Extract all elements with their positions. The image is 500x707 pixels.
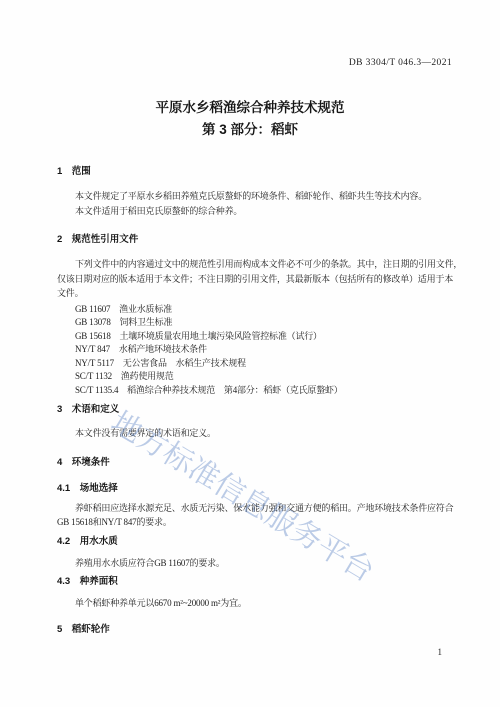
section-1-heading: 1 范围 [57,165,457,179]
s1-para-2: 本文件适用于稻田克氏原螯虾的综合种养。 [57,204,457,219]
s1-para-1: 本文件规定了平原水乡稻田养殖克氏原螯虾的环境条件、稻虾轮作、稻虾共生等技术内容。 [57,189,457,204]
s2-intro-line-2: 仅该日期对应的版本适用于本文件；不注日期的引用文件，其最新版本（包括所有的修改单… [57,272,457,287]
section-3-heading: 3 术语和定义 [57,403,457,417]
s2-reference-7: SC/T 1135.4 稻渔综合种养技术规范 第4部分：稻虾（克氏原螯虾） [57,384,457,398]
doc-body: 1 范围 本文件规定了平原水乡稻田养殖克氏原螯虾的环境条件、稻虾轮作、稻虾共生等… [57,165,457,637]
doc-title-line2: 第 3 部分：稻虾 [0,119,500,141]
section-4-3-heading: 4.3 种养面积 [57,575,457,589]
s2-reference-6: SC/T 1132 渔药使用规范 [57,370,457,384]
s4-3-para-1: 单个稻虾种养单元以6670 m²~20000 m²为宜。 [57,596,457,611]
s2-intro-line-3: 文件。 [57,286,457,301]
section-4-2-heading: 4.2 用水水质 [57,535,457,549]
s2-reference-1: GB 11607 渔业水质标准 [57,303,457,317]
page-number: 1 [438,646,443,658]
section-2-heading: 2 规范性引用文件 [57,233,457,247]
section-4-1-heading: 4.1 场地选择 [57,482,457,496]
s2-reference-2: GB 13078 饲料卫生标准 [57,316,457,330]
standard-document-page: DB 3304/T 046.3—2021 平原水乡稻渔综合种养技术规范 第 3 … [0,0,500,707]
s4-1-line-2: GB 15618和NY/T 847的要求。 [57,515,457,530]
s4-1-line-1: 养虾稻田应选择水源充足、水质无污染、保水能力强和交通方便的稻田。产地环境技术条件… [57,501,457,516]
doc-title: 平原水乡稻渔综合种养技术规范 第 3 部分：稻虾 [0,97,500,141]
s2-reference-3: GB 15618 土壤环境质量农用地土壤污染风险管控标准（试行） [57,330,457,344]
section-4-heading: 4 环境条件 [57,456,457,470]
s4-2-para-1: 养殖用水水质应符合GB 11607的要求。 [57,556,457,571]
doc-code: DB 3304/T 046.3—2021 [349,57,452,69]
s2-intro-line-1: 下列文件中的内容通过文中的规范性引用而构成本文件必不可少的条款。其中，注日期的引… [57,257,457,272]
s2-reference-4: NY/T 847 水稻产地环境技术条件 [57,343,457,357]
doc-title-line1: 平原水乡稻渔综合种养技术规范 [0,97,500,119]
section-5-heading: 5 稻虾轮作 [57,623,457,637]
s2-reference-5: NY/T 5117 无公害食品 水稻生产技术规程 [57,357,457,371]
s3-para-1: 本文件没有需要界定的术语和定义。 [57,426,457,441]
